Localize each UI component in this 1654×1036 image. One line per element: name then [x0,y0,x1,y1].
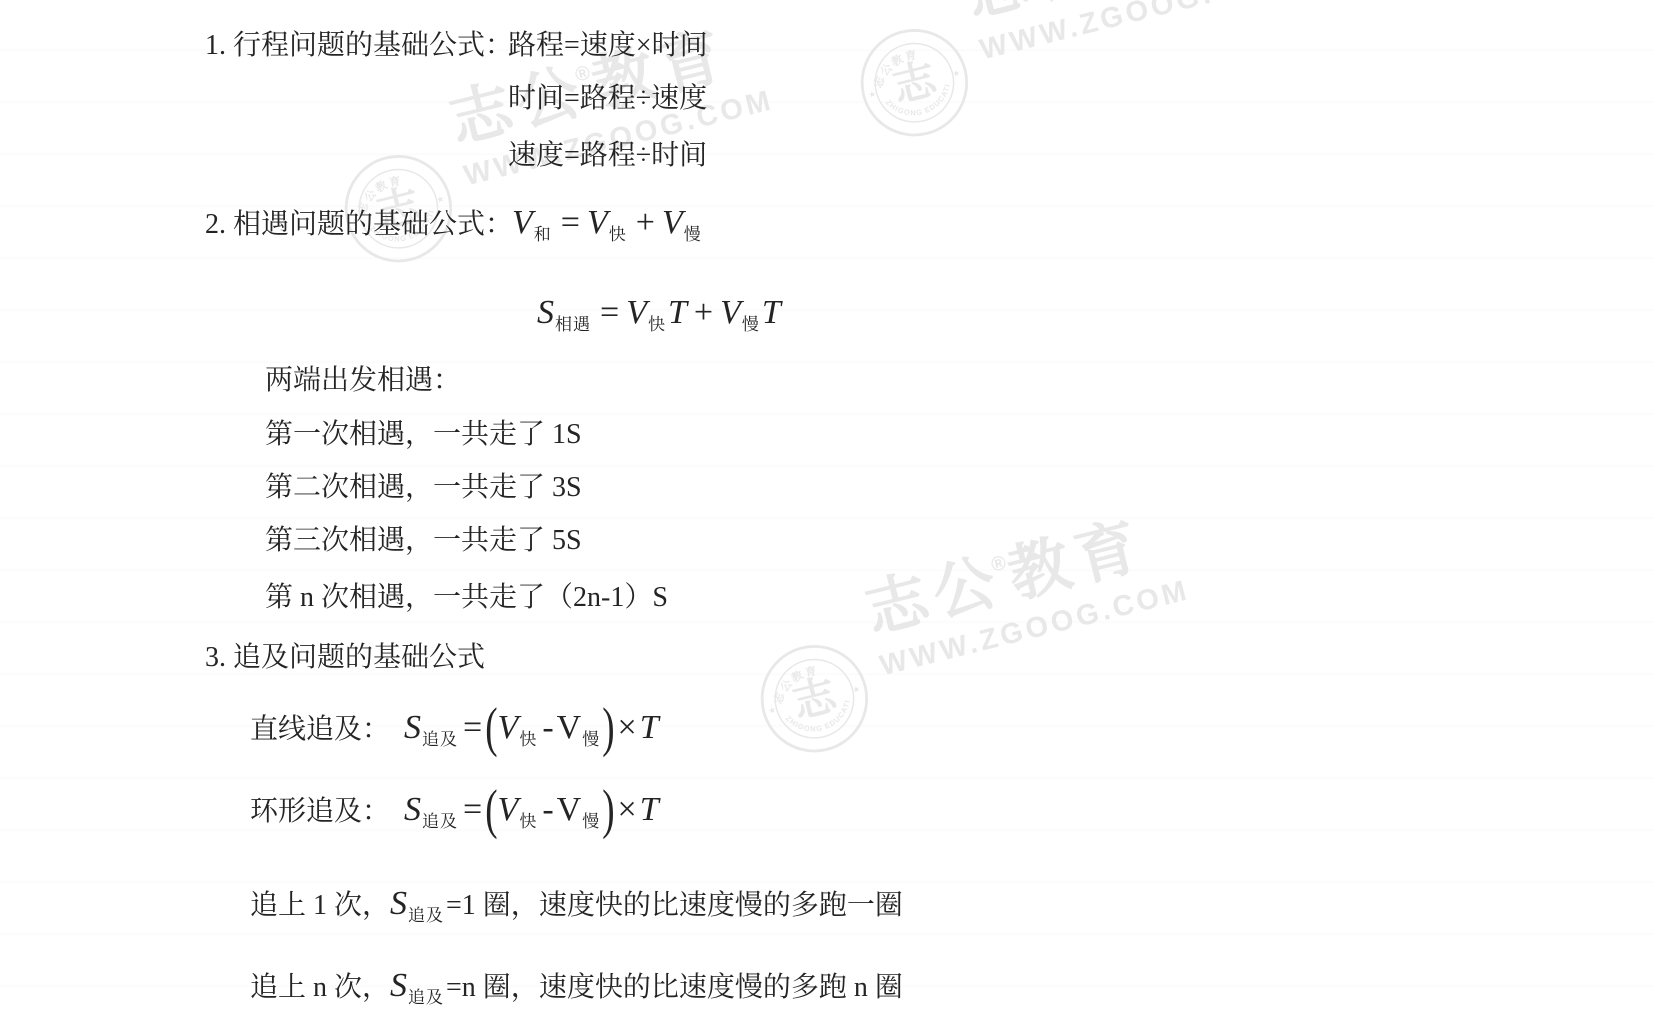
straight-catch-label: 直线追及： [250,714,390,745]
math-rparen: ) [602,697,614,761]
math-var-V: V [498,791,519,828]
math-sub-slow: 慢 [684,225,702,244]
svg-text:ZHIGONG EDUCATION: ZHIGONG EDUCATION [847,15,958,131]
section1-heading: 1. 行程问题的基础公式： [205,30,508,62]
formula-s-catch: S追及 [390,967,446,1004]
section3-heading: 3. 追及问题的基础公式 [205,642,485,674]
registered-mark: ® [989,552,1009,577]
ring-catch-line: 环形追及：S追及=(V快-V慢)×T [250,790,659,834]
catch-once-line: 追上 1 次，S追及=1 圈，速度快的比速度慢的多跑一圈 [250,884,903,926]
meet-header: 两端出发相遇： [265,365,461,397]
svg-text:志公教育: 志公教育 [764,662,825,708]
math-sub-catch: 追及 [408,906,444,925]
catch-n-pre: 追上 n 次， [250,972,390,1003]
math-equals: = [561,204,580,241]
watermark: 志公教育 ZHIGONG EDUCATION 志 ★ ★ 志公®教育 WWW.Z… [736,506,1206,766]
math-var-T: T [640,791,659,828]
formula-meet-distance: S相遇=V快T+V慢T [537,293,781,335]
brand-prefix: 志公 [859,546,1010,646]
math-sub-fast: 快 [648,315,666,334]
seal-center-glyph: 志 [888,55,942,112]
ring-catch-label: 环形追及： [250,796,390,827]
math-times: × [618,791,637,828]
watermark-url: WWW.ZGOOG.COM [977,0,1293,67]
section1-line1: 1. 行程问题的基础公式：路程=速度×时间 [205,30,708,62]
seal-center-glyph: 志 [788,671,842,728]
math-lparen: ( [485,779,497,843]
math-var-S: S [537,294,554,331]
formula-ring-catch: S追及=(V快-V慢)×T [404,791,659,828]
math-var-V: V [512,204,533,241]
meet-item-3: 第三次相遇，一共走了 5S [265,525,582,557]
meet-item-2: 第二次相遇，一共走了 3S [265,472,582,504]
math-times: × [618,709,637,746]
math-var-S: S [390,885,407,922]
math-sub-meet: 相遇 [555,315,591,334]
math-sub-slow: 慢 [582,812,600,831]
seal-star-left-icon: ★ [867,89,876,100]
formula-distance: 路程=速度×时间 [508,30,708,61]
math-sub-fast: 快 [609,225,627,244]
catch-n-post: 速度快的比速度慢的多跑 n 圈 [539,972,903,1003]
catch-once-equation: =1 圈， [446,890,539,921]
math-var-V: V [662,204,683,241]
watermark: 志公教育 ZHIGONG EDUCATION 志 ★ ★ 志公®教育 WWW.Z… [836,0,1306,151]
math-var-T: T [640,709,659,746]
straight-catch-line: 直线追及：S追及=(V快-V慢)×T [250,708,659,752]
math-var-V: V [626,294,647,331]
section2-line: 2. 相遇问题的基础公式：V和=V快+V慢 [205,203,704,245]
formula-s-meet: S相遇=V快T+V慢T [537,294,781,331]
math-equals: = [463,709,482,746]
formula-s-catch: S追及 [390,885,446,922]
catch-n-equation: =n 圈， [446,972,539,1003]
math-sub-catch: 追及 [422,730,458,749]
math-sub-sum: 和 [534,225,552,244]
math-sub-catch: 追及 [408,988,444,1007]
math-plus: + [694,294,713,331]
seal-star-right-icon: ★ [952,68,961,79]
math-sub-fast: 快 [519,812,537,831]
math-minus: - [542,791,553,828]
math-sub-fast: 快 [519,730,537,749]
math-sub-slow: 慢 [742,315,760,334]
math-equals: = [463,791,482,828]
catch-once-post: 速度快的比速度慢的多跑一圈 [539,890,903,921]
math-sub-slow: 慢 [582,730,600,749]
watermark-url: WWW.ZGOOG.COM [877,574,1193,683]
seal-star-right-icon: ★ [852,684,861,695]
formula-straight-catch: S追及=(V快-V慢)×T [404,709,659,746]
watermark-brand: 志公®教育 [860,506,1183,643]
seal-arc-bottom-text: ZHIGONG EDUCATION [747,631,858,747]
math-var-V: V [587,204,608,241]
catch-once-pre: 追上 1 次， [250,890,390,921]
math-plus: + [636,204,655,241]
math-var-T: T [668,294,687,331]
watermark-brand: 志公®教育 [960,0,1283,27]
math-var-V: V [498,709,519,746]
brand-prefix: 志公 [959,0,1110,30]
math-var-V-upright: V [557,791,582,828]
watermark-seal-icon: 志公教育 ZHIGONG EDUCATION 志 ★ ★ [847,15,983,151]
section2-heading: 2. 相遇问题的基础公式： [205,209,512,241]
svg-text:志公教育: 志公教育 [864,46,925,92]
math-sub-catch: 追及 [422,812,458,831]
seal-arc-bottom-text: ZHIGONG EDUCATION [847,15,958,131]
math-minus: - [542,709,553,746]
meet-item-1: 第一次相遇，一共走了 1S [265,419,582,451]
math-var-S: S [404,791,421,828]
formula-speed: 速度=路程÷时间 [508,140,707,172]
watermark-seal-icon: 志公教育 ZHIGONG EDUCATION 志 ★ ★ [747,631,883,767]
math-equals: = [600,294,619,331]
math-lparen: ( [485,697,497,761]
math-var-S: S [390,967,407,1004]
seal-arc-top-text: 志公教育 [864,46,925,92]
brand-suffix: 教育 [1001,511,1152,611]
math-var-T: T [762,294,781,331]
math-rparen: ) [602,779,614,843]
math-var-V-upright: V [557,709,582,746]
formula-v-sum: V和=V快+V慢 [512,204,704,241]
svg-text:ZHIGONG EDUCATION: ZHIGONG EDUCATION [747,631,858,747]
document-page: 志公教育 ZHIGONG EDUCATION 志 ★ ★ 志公®教育 WWW.Z… [0,0,1654,1036]
meet-item-n: 第 n 次相遇，一共走了（2n-1）S [265,582,668,614]
formula-time: 时间=路程÷速度 [508,83,707,115]
catch-n-line: 追上 n 次，S追及=n 圈，速度快的比速度慢的多跑 n 圈 [250,966,903,1008]
seal-star-left-icon: ★ [767,705,776,716]
math-var-S: S [404,709,421,746]
math-var-V: V [720,294,741,331]
seal-arc-top-text: 志公教育 [764,662,825,708]
